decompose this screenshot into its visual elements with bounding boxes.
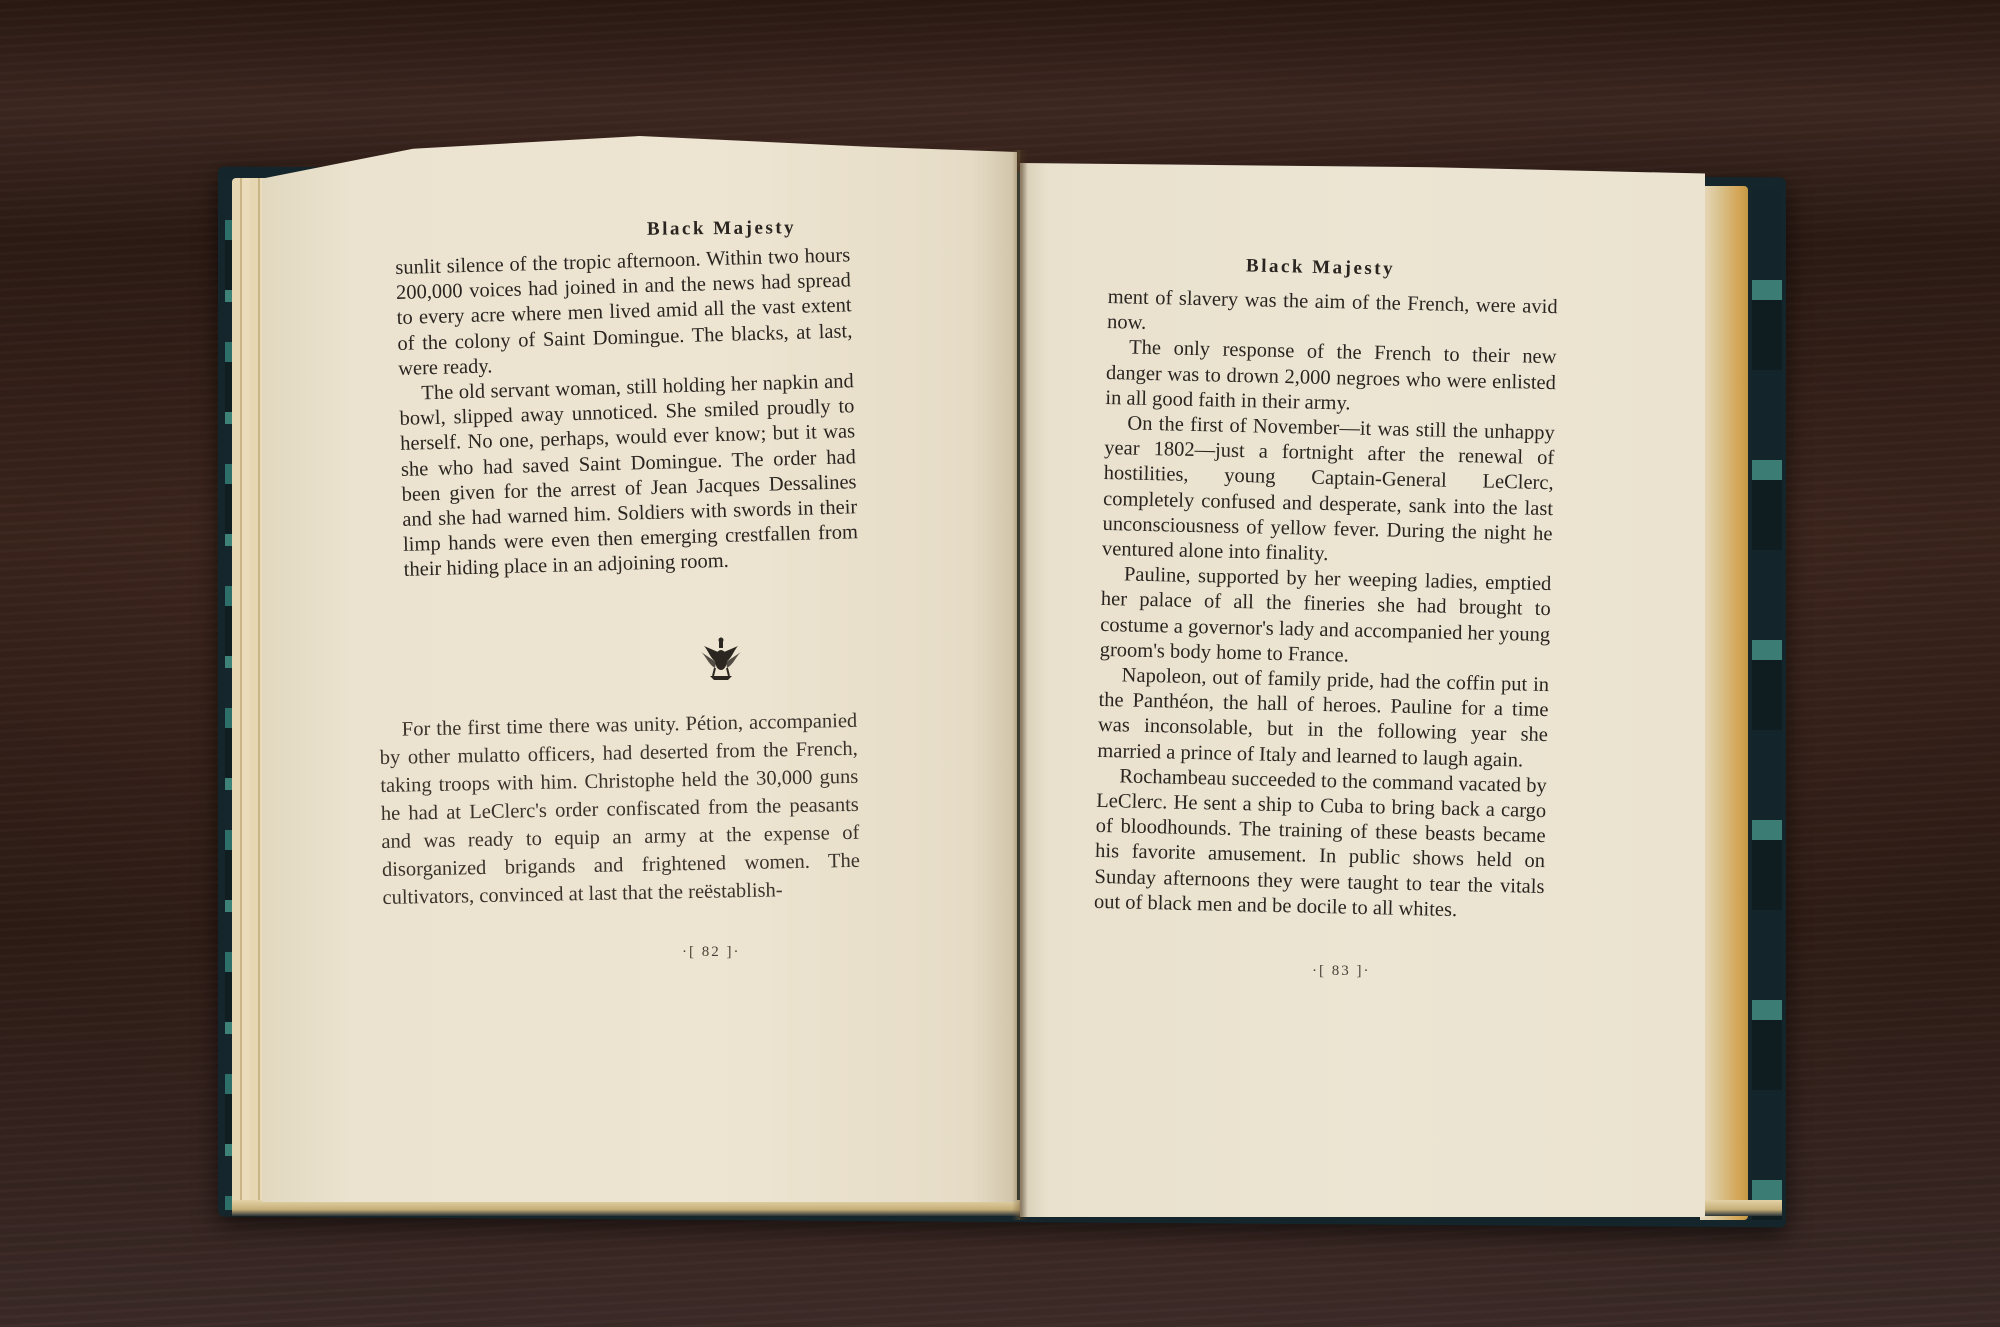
book-gutter <box>1012 150 1028 1220</box>
running-head-left: Black Majesty <box>647 217 796 241</box>
cover-edge-right <box>1752 190 1782 1220</box>
paragraph: The old servant woman, still holding her… <box>399 369 859 583</box>
paragraph: Napoleon, out of family pride, had the c… <box>1097 663 1549 774</box>
right-page-body: ment of slavery was the aim of the Frenc… <box>1094 285 1558 925</box>
left-page-section-body: For the first time there was unity. Péti… <box>379 707 861 912</box>
paragraph: The only response of the French to their… <box>1105 335 1557 421</box>
left-page-body: sunlit silence of the tropic afternoon. … <box>395 243 859 583</box>
page-number-right: ·[ 83 ]· <box>1312 963 1370 980</box>
paragraph: Rochambeau succeeded to the command vaca… <box>1094 764 1547 925</box>
paragraph: Pauline, supported by her weeping ladies… <box>1099 562 1551 673</box>
running-head-right: Black Majesty <box>1246 255 1396 280</box>
page-stack-right <box>1700 186 1748 1220</box>
page-number-left: ·[ 82 ]· <box>682 944 740 961</box>
paragraph: For the first time there was unity. Péti… <box>379 707 861 912</box>
right-page: Black Majesty ment of slavery was the ai… <box>1020 163 1705 1217</box>
left-page: Black Majesty sunlit silence of the trop… <box>262 136 1017 1202</box>
eagle-ornament-icon <box>698 636 744 684</box>
paragraph: sunlit silence of the tropic afternoon. … <box>395 243 853 382</box>
paragraph: On the first of November—it was still th… <box>1102 411 1555 572</box>
